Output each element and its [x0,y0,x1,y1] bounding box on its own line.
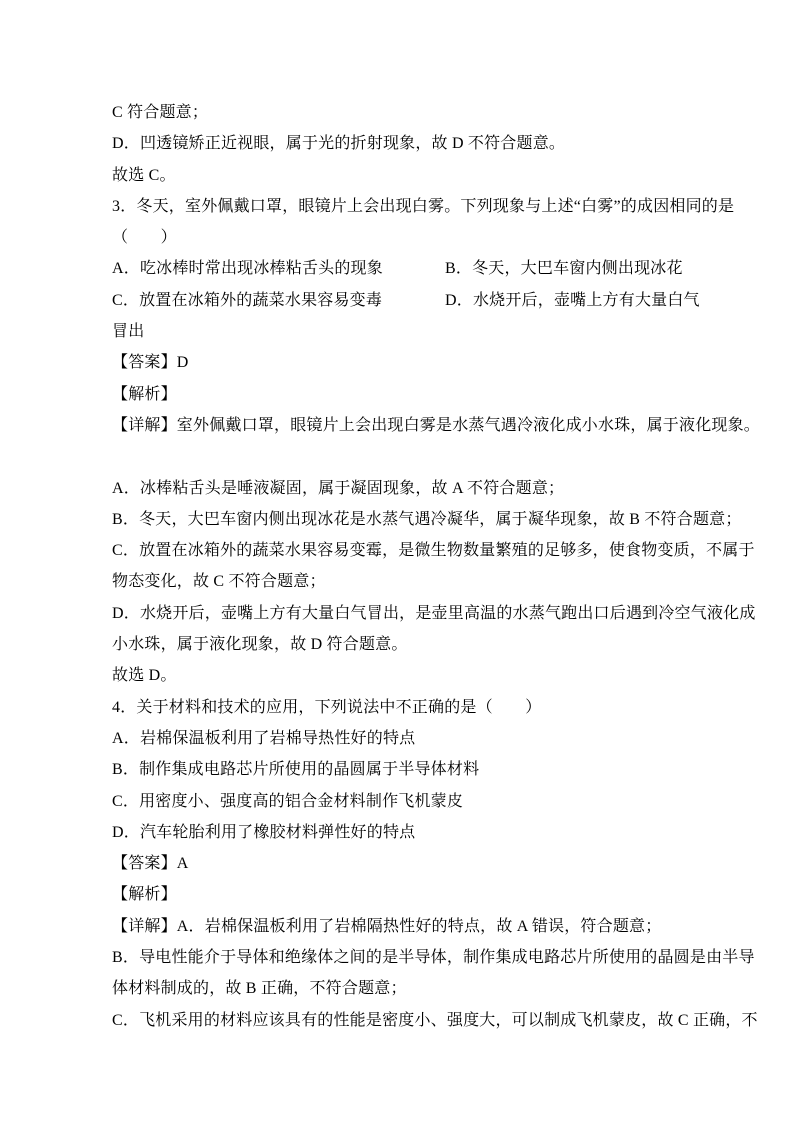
question-3-option-b: B．冬天，大巴车窗内侧出现冰花 [445,253,683,284]
question-4-option-a: A．岩棉保温板利用了岩棉导热性好的特点 [112,723,712,754]
line-text: A．岩棉保温板利用了岩棉导热性好的特点 [112,730,415,747]
line-text: 【详解】A．岩棉保温板利用了岩棉隔热性好的特点，故 A 错误，符合题意； [112,918,661,935]
question-3-options-ab: A．吃冰棒时常出现冰棒粘舌头的现象B．冬天，大巴车窗内侧出现冰花 [112,253,712,284]
question-4-option-c: C．用密度小、强度高的铝合金材料制作飞机蒙皮 [112,786,712,817]
question-3-option-a: A．吃冰棒时常出现冰棒粘舌头的现象 [112,260,383,277]
line-text: B．导电性能介于导体和绝缘体之间的是半导体，制作集成电路芯片所使用的晶圆是由半导 [112,949,755,966]
detail-q3-option-d-wrap: 小水珠，属于液化现象，故 D 符合题意。 [112,629,712,660]
detail-q3-option-b: B．冬天，大巴车窗内侧出现冰花是水蒸气遇冷凝华，属于凝华现象，故 B 不符合题意… [112,504,712,535]
question-3-options-cd: C．放置在冰箱外的蔬菜水果容易变毒D．水烧开后，壶嘴上方有大量白气 [112,285,712,316]
line-text: 冒出 [112,323,144,340]
line-text: 【详解】室外佩戴口罩，眼镜片上会出现白雾是水蒸气遇冷液化成小水珠，属于液化现象。 [112,417,760,434]
blank-line [112,441,712,472]
line-text: B．制作集成电路芯片所使用的晶圆属于半导体材料 [112,761,479,778]
line-text: 【解析】 [112,386,177,403]
analysis-label-q3: 【解析】 [112,379,712,410]
line-text: 故选 D。 [112,667,177,684]
detail-q4-option-b: B．导电性能介于导体和绝缘体之间的是半导体，制作集成电路芯片所使用的晶圆是由半导 [112,942,712,973]
line-text: 3．冬天，室外佩戴口罩，眼镜片上会出现白雾。下列现象与上述“白雾”的成因相同的是 [112,198,734,215]
detail-q3-option-d: D．水烧开后，壶嘴上方有大量白气冒出，是壶里高温的水蒸气跑出口后遇到冷空气液化成 [112,598,712,629]
detail-q4-option-a: 【详解】A．岩棉保温板利用了岩棉隔热性好的特点，故 A 错误，符合题意； [112,911,712,942]
line-text: C．用密度小、强度高的铝合金材料制作飞机蒙皮 [112,793,463,810]
answer-q4: 【答案】A [112,848,712,879]
analysis-label-q4: 【解析】 [112,879,712,910]
line-text: 故选 C。 [112,167,176,184]
line-text: A．冰棒粘舌头是唾液凝固，属于凝固现象，故 A 不符合题意； [112,480,564,497]
line-text: C．放置在冰箱外的蔬菜水果容易变霉，是微生物数量繁殖的足够多，使食物变质，不属于 [112,542,755,559]
detail-q3-option-c-wrap: 物态变化，故 C 不符合题意； [112,566,712,597]
line-text: 【答案】D [112,354,189,371]
line-text: D．汽车轮胎利用了橡胶材料弹性好的特点 [112,824,415,841]
question-4-option-b: B．制作集成电路芯片所使用的晶圆属于半导体材料 [112,754,712,785]
explanation-q2-option-d: D．凹透镜矫正近视眼，属于光的折射现象，故 D 不符合题意。 [112,128,712,159]
line-text: 【答案】A [112,855,189,872]
line-text: B．冬天，大巴车窗内侧出现冰花是水蒸气遇冷凝华，属于凝华现象，故 B 不符合题意… [112,511,742,528]
document-page: C 符合题意； D．凹透镜矫正近视眼，属于光的折射现象，故 D 不符合题意。 故… [0,0,794,1123]
question-3-stem: 3．冬天，室外佩戴口罩，眼镜片上会出现白雾。下列现象与上述“白雾”的成因相同的是 [112,191,712,222]
line-text: 体材料制成的，故 B 正确，不符合题意； [112,980,407,997]
question-3-option-c: C．放置在冰箱外的蔬菜水果容易变毒 [112,292,382,309]
line-text: 【解析】 [112,886,177,903]
question-4-stem: 4．关于材料和技术的应用，下列说法中不正确的是（ ） [112,692,712,723]
line-text: 小水珠，属于液化现象，故 D 符合题意。 [112,636,408,653]
line-text: 4．关于材料和技术的应用，下列说法中不正确的是（ ） [112,699,541,716]
question-4-option-d: D．汽车轮胎利用了橡胶材料弹性好的特点 [112,817,712,848]
document-content: C 符合题意； D．凹透镜矫正近视眼，属于光的折射现象，故 D 不符合题意。 故… [112,97,712,1036]
question-3-option-d: D．水烧开后，壶嘴上方有大量白气 [445,285,700,316]
line-text: C 符合题意； [112,104,208,121]
detail-q3-option-a: A．冰棒粘舌头是唾液凝固，属于凝固现象，故 A 不符合题意； [112,473,712,504]
continuation-line-c: C 符合题意； [112,97,712,128]
question-3-option-d-wrap: 冒出 [112,316,712,347]
answer-q3: 【答案】D [112,347,712,378]
question-3-answer-bracket: （ ） [112,222,712,253]
detail-q3-intro: 【详解】室外佩戴口罩，眼镜片上会出现白雾是水蒸气遇冷液化成小水珠，属于液化现象。 [112,410,712,441]
detail-q4-option-c: C．飞机采用的材料应该具有的性能是密度小、强度大，可以制成飞机蒙皮，故 C 正确… [112,1005,712,1036]
line-text: D．凹透镜矫正近视眼，属于光的折射现象，故 D 不符合题意。 [112,135,565,152]
line-text: （ ） [112,229,177,246]
conclusion-q2: 故选 C。 [112,160,712,191]
line-text: D．水烧开后，壶嘴上方有大量白气冒出，是壶里高温的水蒸气跑出口后遇到冷空气液化成 [112,605,756,622]
detail-q4-option-b-wrap: 体材料制成的，故 B 正确，不符合题意； [112,973,712,1004]
line-text: C．飞机采用的材料应该具有的性能是密度小、强度大，可以制成飞机蒙皮，故 C 正确… [112,1012,758,1029]
detail-q3-option-c: C．放置在冰箱外的蔬菜水果容易变霉，是微生物数量繁殖的足够多，使食物变质，不属于 [112,535,712,566]
line-text: 物态变化，故 C 不符合题意； [112,573,326,590]
conclusion-q3: 故选 D。 [112,660,712,691]
